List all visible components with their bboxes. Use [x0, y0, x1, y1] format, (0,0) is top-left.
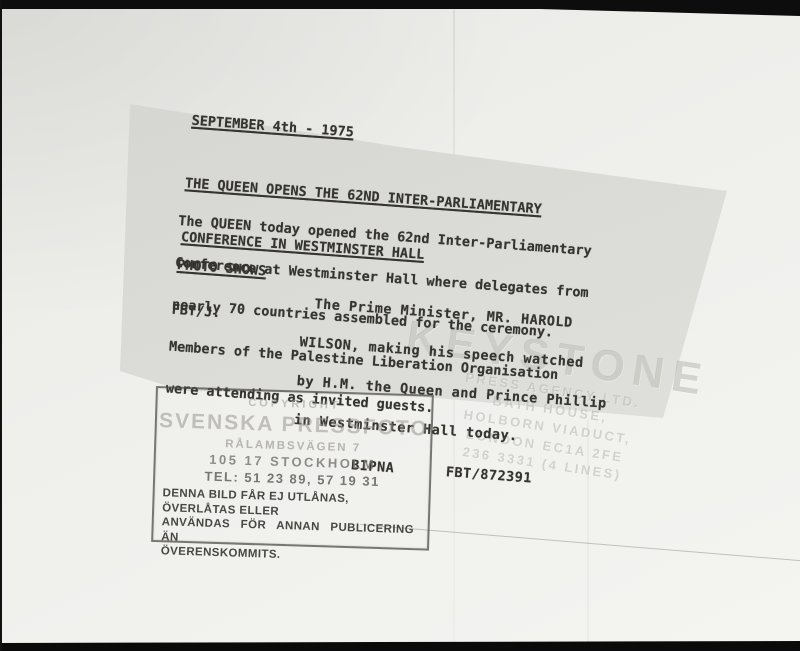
caption-date-heading: SEPTEMBER 4th - 1975: [191, 113, 354, 141]
stamp-usage-notice: DENNA BILD FÅR EJ UTLÅNAS, ÖVERLÅTAS ELL…: [153, 482, 429, 567]
photo-desc-line-1: The Prime Minister, MR. HAROLD: [302, 297, 613, 333]
press-photo-back: { "caption_sheet": { "date_heading": "SE…: [0, 0, 800, 651]
scan-frame-left: [0, 0, 2, 651]
photo-desc-line-2: WILSON, making his speech watched: [299, 336, 610, 372]
caption-body-line-1: The QUEEN today opened the 62nd Inter-Pa…: [178, 214, 592, 258]
copyright-rubber-stamp: COPYRIGHT SVENSKA PRESSFOTO RÅLAMBSVÄGEN…: [151, 386, 434, 551]
